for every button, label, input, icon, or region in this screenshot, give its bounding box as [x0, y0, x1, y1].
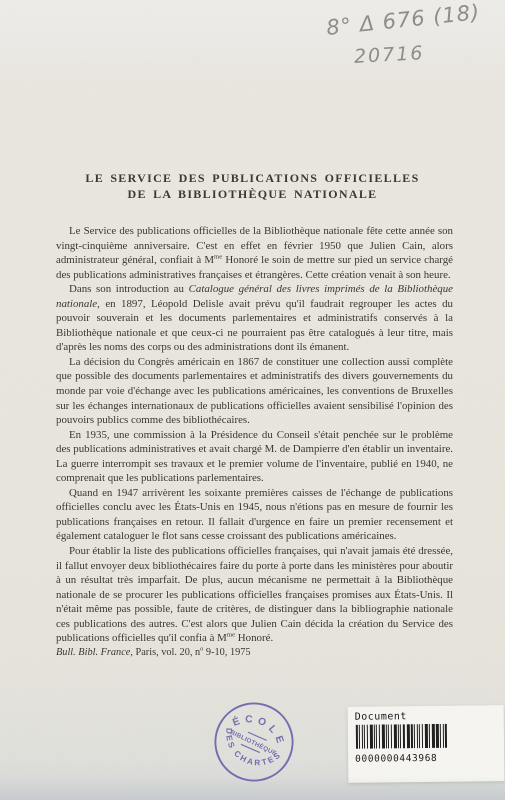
paragraph: Le Service des publications officielles …	[56, 224, 453, 282]
text-segment: , Paris, vol. 20, n	[130, 647, 200, 658]
paragraph: En 1935, une commission à la Présidence …	[56, 428, 453, 486]
barcode-label: Document 0000000443968	[348, 705, 505, 783]
paragraph-list: Le Service des publications officielles …	[56, 224, 453, 646]
paragraph: La décision du Congrès américain en 1867…	[56, 355, 453, 428]
text-segment: 9-10, 1975	[203, 647, 250, 658]
library-stamp-graphic: ÉCOLE BIBLIOTHÈQUE DES CHARTES	[199, 687, 309, 797]
title-line-2: DE LA BIBLIOTHÈQUE NATIONALE	[0, 187, 505, 203]
handwritten-shelfmark: 8° Δ 676 (18)	[325, 0, 481, 40]
article-body: Le Service des publications officielles …	[56, 224, 453, 660]
text-segment: La décision du Congrès américain en 1867…	[56, 356, 453, 426]
text-segment: Pour établir la liste des publications o…	[56, 545, 453, 644]
barcode-label-title: Document	[355, 710, 504, 723]
barcode	[355, 724, 448, 751]
text-segment: Bull. Bibl. France	[56, 647, 130, 658]
text-segment: me	[214, 253, 222, 260]
text-segment: Dans son introduction au	[69, 283, 189, 295]
article-title: LE SERVICE DES PUBLICATIONS OFFICIELLES …	[0, 171, 505, 202]
barcode-number: 0000000443968	[355, 752, 504, 765]
title-line-1: LE SERVICE DES PUBLICATIONS OFFICIELLES	[0, 171, 505, 187]
citation-footer: Bull. Bibl. France, Paris, vol. 20, no 9…	[56, 646, 453, 661]
paragraph: Dans son introduction au Catalogue génér…	[56, 282, 453, 355]
scanned-document-page: 8° Δ 676 (18) 20716 LE SERVICE DES PUBLI…	[0, 0, 505, 800]
text-segment: me	[227, 632, 235, 639]
library-stamp: ÉCOLE BIBLIOTHÈQUE DES CHARTES	[199, 687, 309, 797]
paragraph: Quand en 1947 arrivèrent les soixante pr…	[56, 486, 453, 544]
handwritten-accession-number: 20716	[353, 42, 425, 68]
paragraph: Pour établir la liste des publications o…	[56, 544, 453, 646]
text-segment: En 1935, une commission à la Présidence …	[56, 429, 453, 485]
text-segment: , en 1897, Léopold Delisle avait prévu q…	[56, 298, 453, 354]
text-segment: Honoré.	[235, 632, 273, 644]
text-segment: Quand en 1947 arrivèrent les soixante pr…	[56, 487, 453, 543]
